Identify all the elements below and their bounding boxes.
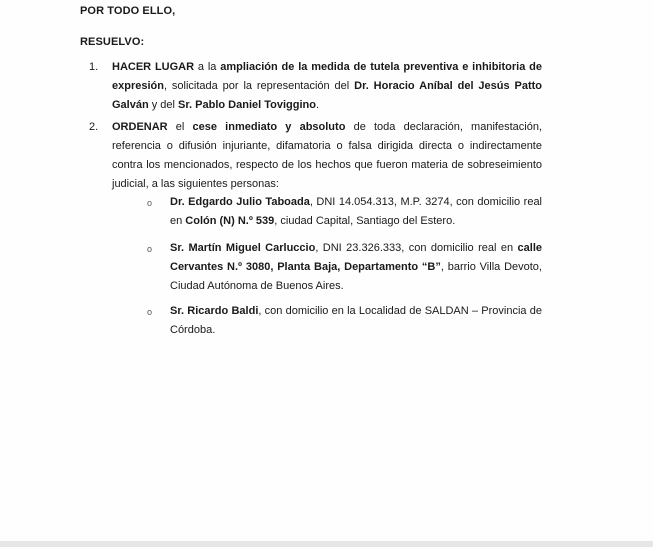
person-text: Dr. Edgardo Julio Taboada, DNI 14.054.31… [170,196,542,227]
person-item: o Dr. Edgardo Julio Taboada, DNI 14.054.… [170,193,542,231]
bold-text: Sr. Pablo Daniel Toviggino [178,99,316,111]
person-text: Sr. Ricardo Baldi, con domicilio en la L… [170,305,542,336]
person-text: Sr. Martín Miguel Carluccio, DNI 23.326.… [170,242,542,292]
bold-text: cese inmediato y absoluto [193,121,346,133]
bold-text: Sr. Ricardo Baldi [170,305,258,317]
bold-text: HACER LUGAR [112,61,194,73]
resolution-item-2: 2. ORDENAR el cese inmediato y absoluto … [112,118,542,194]
item-text: ORDENAR el cese inmediato y absoluto de … [112,121,542,190]
person-item: o Sr. Martín Miguel Carluccio, DNI 23.32… [170,239,542,296]
person-item: o Sr. Ricardo Baldi, con domicilio en la… [170,302,542,340]
bullet-circle-icon: o [147,303,152,322]
bold-text: Dr. Edgardo Julio Taboada [170,196,310,208]
bold-text: ORDENAR [112,121,168,133]
resolution-item-1: 1. HACER LUGAR a la ampliación de la med… [112,58,542,115]
heading-resuelvo: RESUELVO: [80,36,144,48]
bold-text: Dr. Horacio Aníbal del Jesús Patto Galvá… [112,80,542,111]
item-number: 1. [89,58,98,77]
bullet-circle-icon: o [147,194,152,213]
document-page: POR TODO ELLO, RESUELVO: 1. HACER LUGAR … [0,0,653,541]
item-number: 2. [89,118,98,137]
bold-text: Colón (N) N.º 539 [185,215,274,227]
item-text: HACER LUGAR a la ampliación de la medida… [112,61,542,111]
bold-text: Sr. Martín Miguel Carluccio [170,242,315,254]
bullet-circle-icon: o [147,240,152,259]
heading-por-todo-ello: POR TODO ELLO, [80,5,175,17]
page-bottom-edge [0,541,653,547]
